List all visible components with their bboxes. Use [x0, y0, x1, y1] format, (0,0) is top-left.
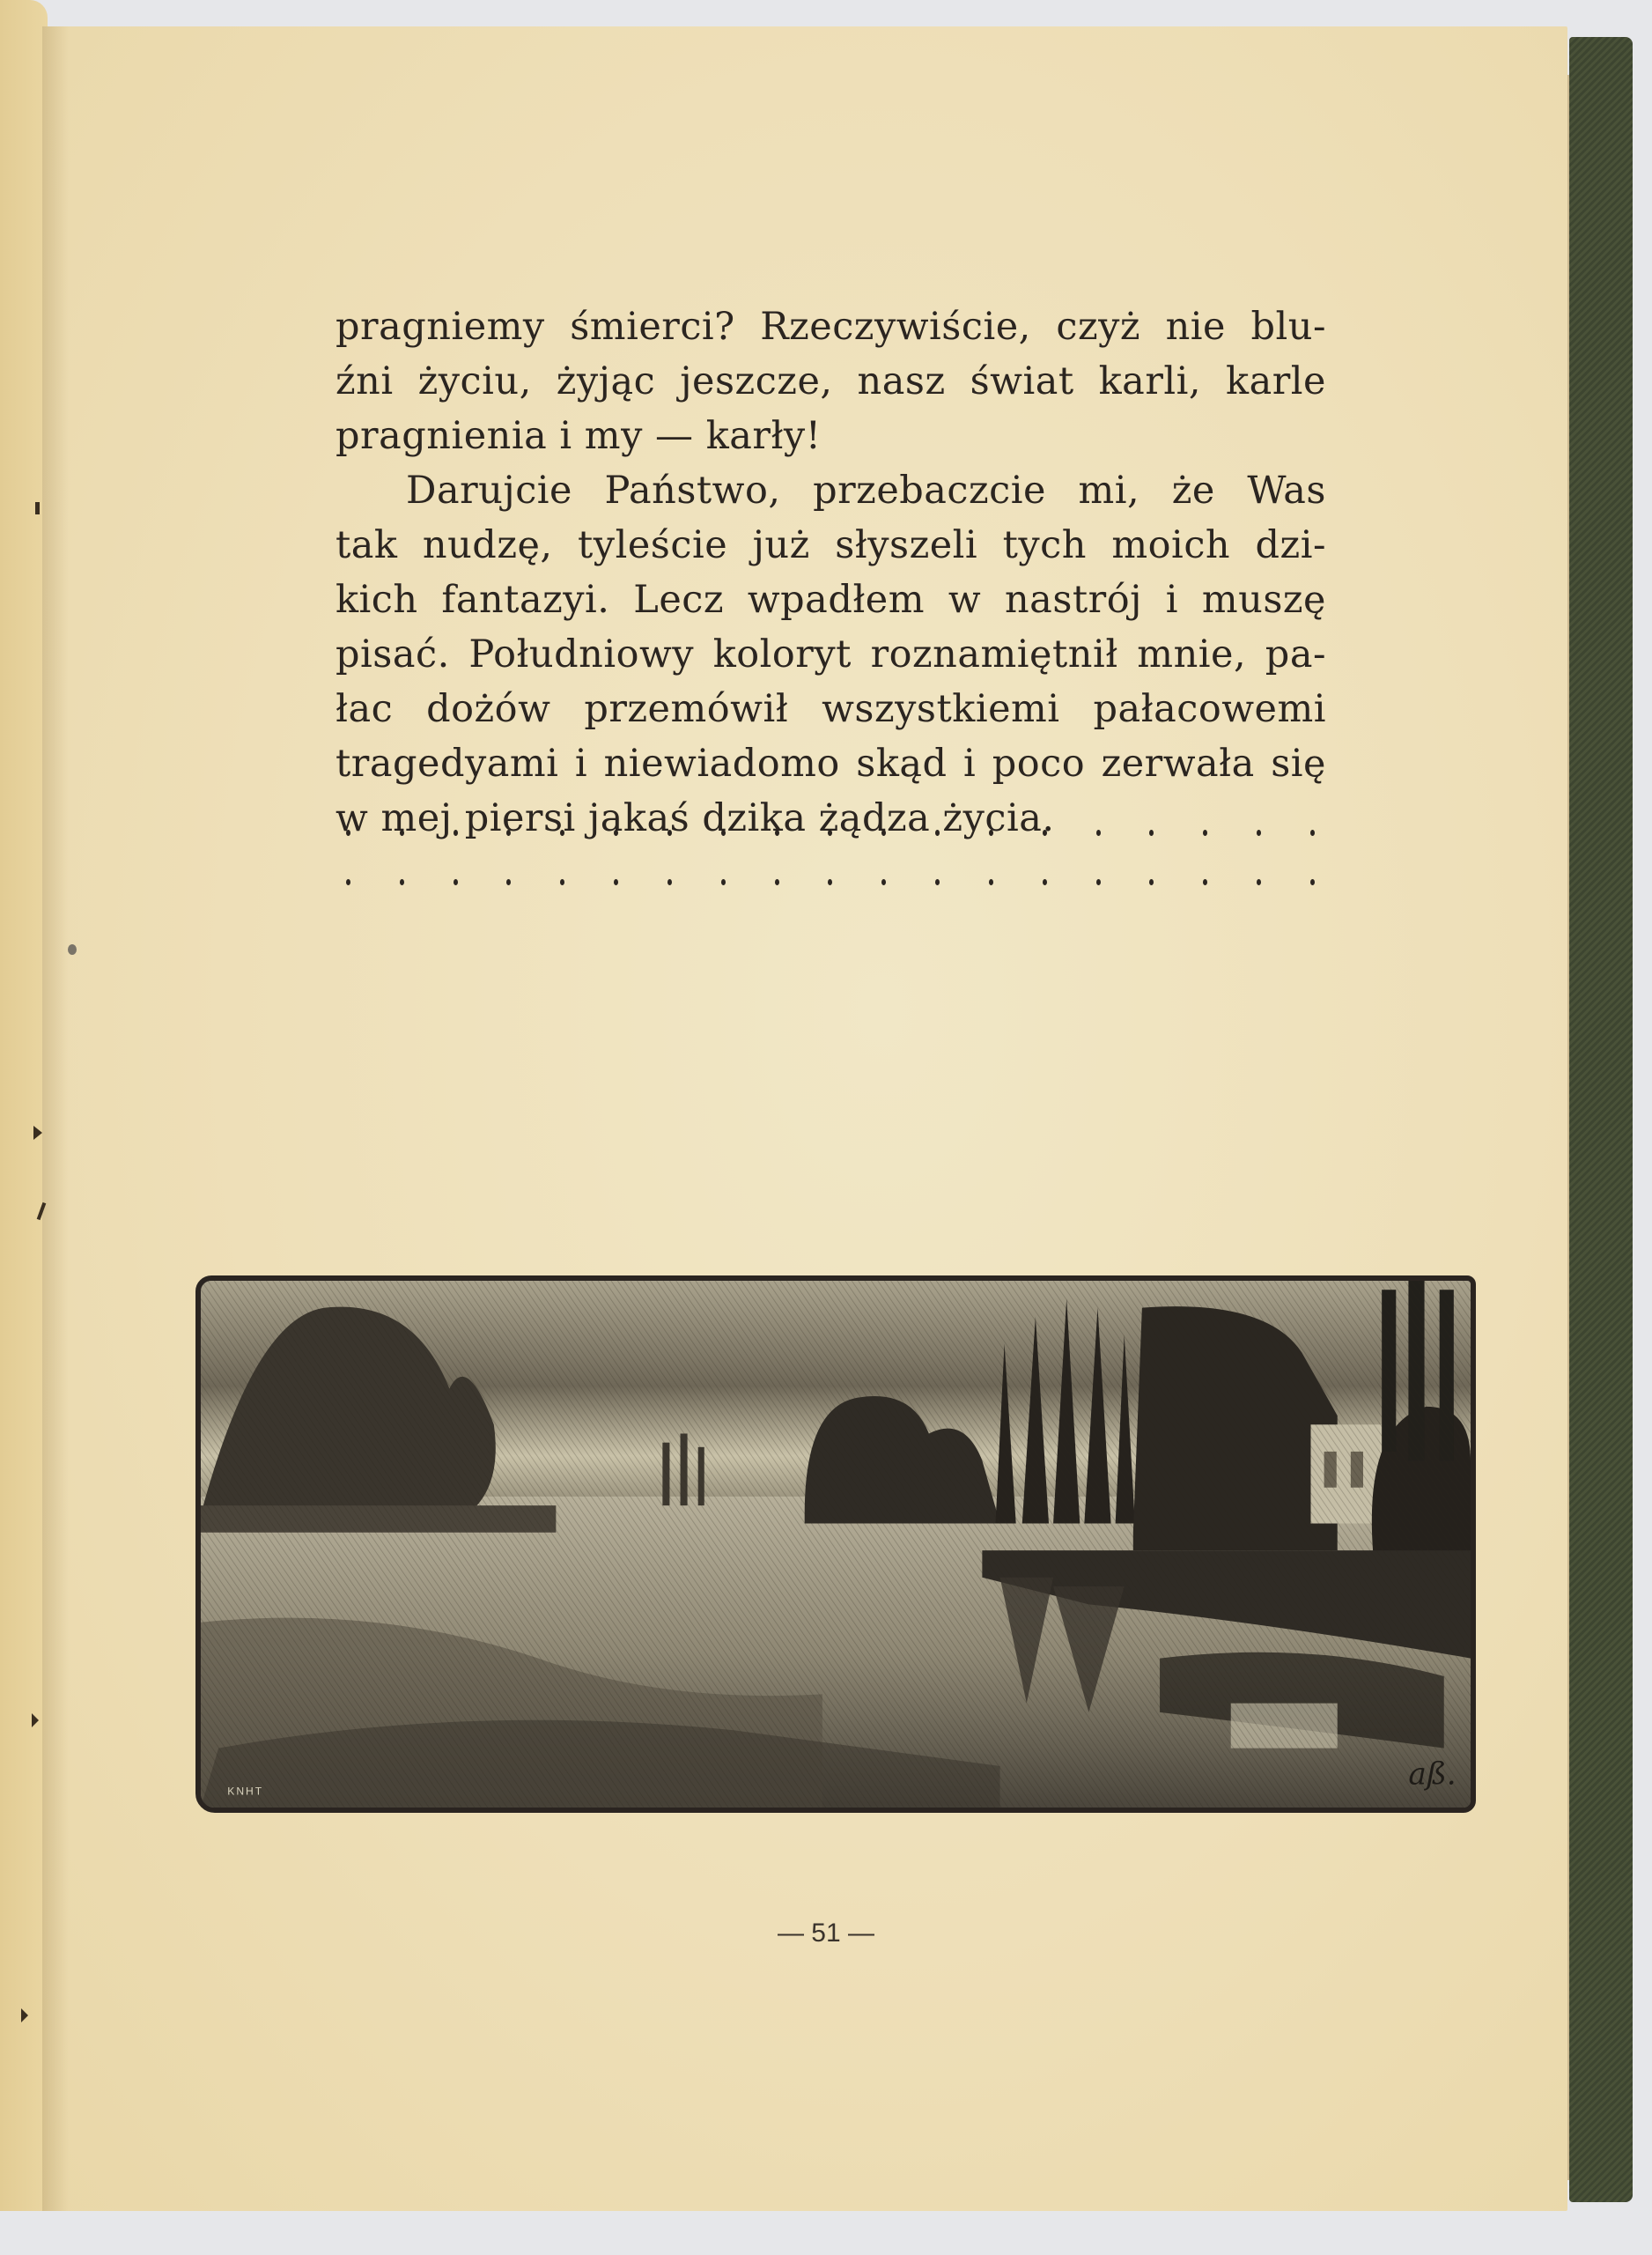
- ellipsis-dot: [454, 879, 458, 885]
- ellipsis-dot: [775, 830, 779, 836]
- ellipsis-dot: [1203, 879, 1207, 885]
- ellipsis-dot: [1043, 879, 1047, 885]
- ellipsis-dot: [560, 879, 564, 885]
- ellipsis-dot: [400, 830, 404, 836]
- ellipsis-dot: [881, 830, 886, 836]
- landscape-illustration: aß. KNHT: [195, 1275, 1476, 1813]
- body-text: pragniemy śmierci? Rzeczywiście, czyż ni…: [336, 299, 1326, 846]
- ellipsis-dot: [881, 879, 886, 885]
- text-line: Darujcie Państwo, przebaczcie mi, że Was: [336, 463, 1326, 518]
- ellipsis-dot: [1096, 830, 1101, 836]
- ellipsis-dot: [1310, 830, 1315, 836]
- ellipsis-dot: [614, 879, 618, 885]
- edge-mark: [35, 502, 40, 514]
- ellipsis-dot: [346, 879, 350, 885]
- ellipsis-dot: [1149, 879, 1154, 885]
- ellipsis-dot: [721, 830, 726, 836]
- ellipsis-dot: [667, 879, 672, 885]
- text-line: pisać. Południowy koloryt roznamiętnił m…: [336, 627, 1326, 682]
- ellipsis-dot: [935, 830, 940, 836]
- text-line: pragnienia i my — karły!: [336, 409, 1326, 463]
- ellipsis-dot: [1149, 830, 1154, 836]
- ellipsis-dot: [1310, 879, 1315, 885]
- ellipsis-dot: [828, 879, 832, 885]
- previous-page-edge: [0, 0, 48, 2211]
- text-line: źni życiu, żyjąc jeszcze, nasz świat kar…: [336, 354, 1326, 409]
- text-line: pragniemy śmierci? Rzeczywiście, czyż ni…: [336, 299, 1326, 354]
- ellipsis-dot: [828, 830, 832, 836]
- ellipsis-row: [346, 879, 1315, 885]
- engraver-mark: KNHT: [227, 1786, 263, 1798]
- text-line: tragedyami i niewiadomo skąd i poco zerw…: [336, 736, 1326, 791]
- ellipsis-dot: [400, 879, 404, 885]
- ellipsis-dot: [989, 830, 993, 836]
- ellipsis-dot: [1096, 879, 1101, 885]
- book-cover-cloth: [1569, 37, 1633, 2202]
- ellipsis-dot: [989, 879, 993, 885]
- ellipsis-dot: [614, 830, 618, 836]
- ellipsis-dot: [506, 830, 511, 836]
- artist-signature: aß.: [1408, 1756, 1456, 1792]
- text-line: kich fantazyi. Lecz wpadłem w nastrój i …: [336, 573, 1326, 627]
- ellipsis-dot: [1257, 830, 1261, 836]
- ellipsis-row: [346, 830, 1315, 836]
- ellipsis-dot: [506, 879, 511, 885]
- edge-mark: [68, 944, 77, 955]
- ellipsis-dot: [560, 830, 564, 836]
- ellipsis-dot: [454, 830, 458, 836]
- landscape-drawing: aß. KNHT: [201, 1281, 1471, 1808]
- paragraph-1: pragniemy śmierci? Rzeczywiście, czyż ni…: [336, 299, 1326, 463]
- ellipsis-dot: [935, 879, 940, 885]
- ellipsis-dot: [1043, 830, 1047, 836]
- gutter-shadow: [42, 26, 69, 2211]
- ellipsis-dot: [346, 830, 350, 836]
- ellipsis-dot: [1257, 879, 1261, 885]
- ellipsis-dot: [1203, 830, 1207, 836]
- text-line: tak nudzę, tyleście już słyszeli tych mo…: [336, 518, 1326, 573]
- text-line: w mej piersi jakaś dzika żądza życia.: [336, 791, 1326, 846]
- text-line: łac dożów przemówił wszystkiemi pałacowe…: [336, 682, 1326, 736]
- ellipsis-dot: [667, 830, 672, 836]
- ellipsis-dot: [775, 879, 779, 885]
- page-number: — 51 —: [0, 1919, 1652, 1948]
- ellipsis-dot: [721, 879, 726, 885]
- paragraph-2: Darujcie Państwo, przebaczcie mi, że Was…: [336, 463, 1326, 846]
